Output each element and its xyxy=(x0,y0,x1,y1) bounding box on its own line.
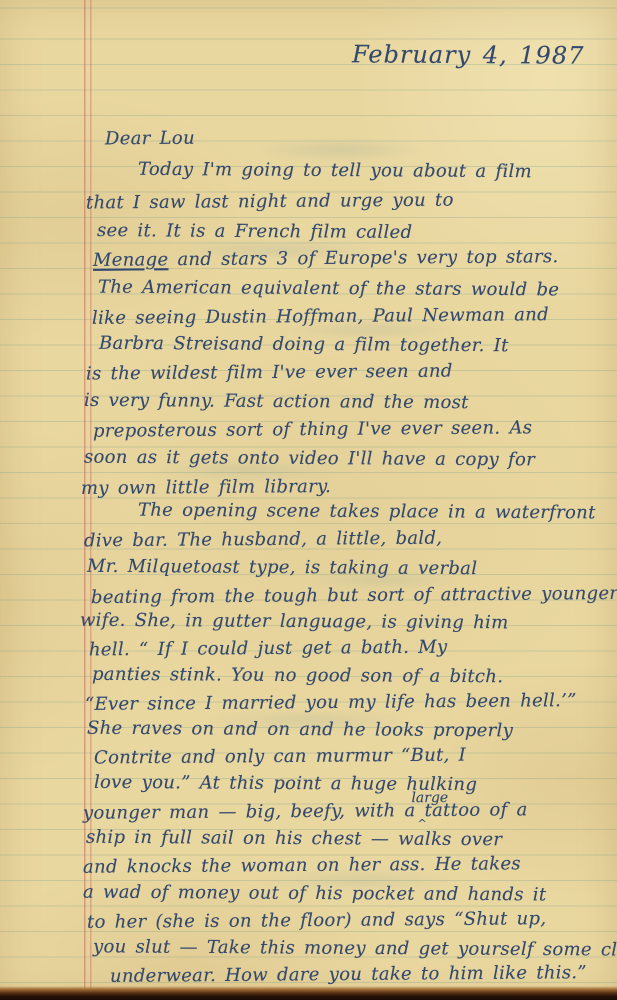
letter-line: She raves on and on and he looks properl… xyxy=(87,716,513,745)
letter-line: soon as it gets onto video I'll have a c… xyxy=(84,445,535,474)
letter-line: you slut — Take this money and get yours… xyxy=(93,934,617,963)
underlined-film-title: Menage xyxy=(93,249,169,271)
letter-line: preposterous sort of thing I've ever see… xyxy=(93,415,532,444)
letter-line-text: younger man — big, beefy, with a xyxy=(83,800,416,824)
inserted-word: large xyxy=(411,785,448,811)
letter-line: younger man — big, beefy, with alarge^ t… xyxy=(83,797,528,826)
letter-line: beating from the tough but sort of attra… xyxy=(91,581,617,611)
salutation: Dear Lou xyxy=(105,126,195,153)
letter-line: wife. She, in gutter language, is giving… xyxy=(80,608,509,637)
letter-line: hell. “ If I could just get a bath. My xyxy=(89,635,448,664)
letter-line: that I saw last night and urge you to xyxy=(86,188,454,217)
letter-line: Contrite and only can murmur “But, I xyxy=(94,743,466,772)
letter-line: The opening scene takes place in a water… xyxy=(138,498,596,527)
letter-line: see it. It is a French film called xyxy=(97,218,412,246)
letter-line: panties stink. You no good son of a bitc… xyxy=(92,662,503,691)
letter-line: underwear. How dare you take to him like… xyxy=(110,960,587,990)
letter-line-text: and stars 3 of Europe's very top stars. xyxy=(168,246,558,270)
letter-line: Today I'm going to tell you about a film xyxy=(138,157,532,185)
letter-line: is the wildest film I've ever seen and xyxy=(86,359,453,388)
letter-page: February 4, 1987 Dear Lou Today I'm goin… xyxy=(0,0,617,1000)
letter-line: dive bar. The husband, a little, bald, xyxy=(84,526,442,555)
letter-line: like seeing Dustin Hoffman, Paul Newman … xyxy=(92,302,549,332)
letter-line: to her (she is on the floor) and says “S… xyxy=(87,906,547,936)
letter-line: Menage and stars 3 of Europe's very top … xyxy=(93,244,559,274)
letter-line: Mr. Milquetoast type, is taking a verbal xyxy=(87,554,477,582)
letter-line: and knocks the woman on her ass. He take… xyxy=(83,851,521,880)
letter-line: ship in full sail on his chest — walks o… xyxy=(86,825,502,854)
letter-line: “Ever since I married you my life has be… xyxy=(85,688,577,718)
letter-line: Barbra Streisand doing a film together. … xyxy=(99,331,509,360)
letter-line: The American equivalent of the stars wou… xyxy=(98,275,559,304)
letter-line: a wad of money out of his pocket and han… xyxy=(83,880,547,909)
date-line: February 4, 1987 xyxy=(352,41,585,68)
letter-line: is very funny. Fast action and the most xyxy=(84,388,469,416)
